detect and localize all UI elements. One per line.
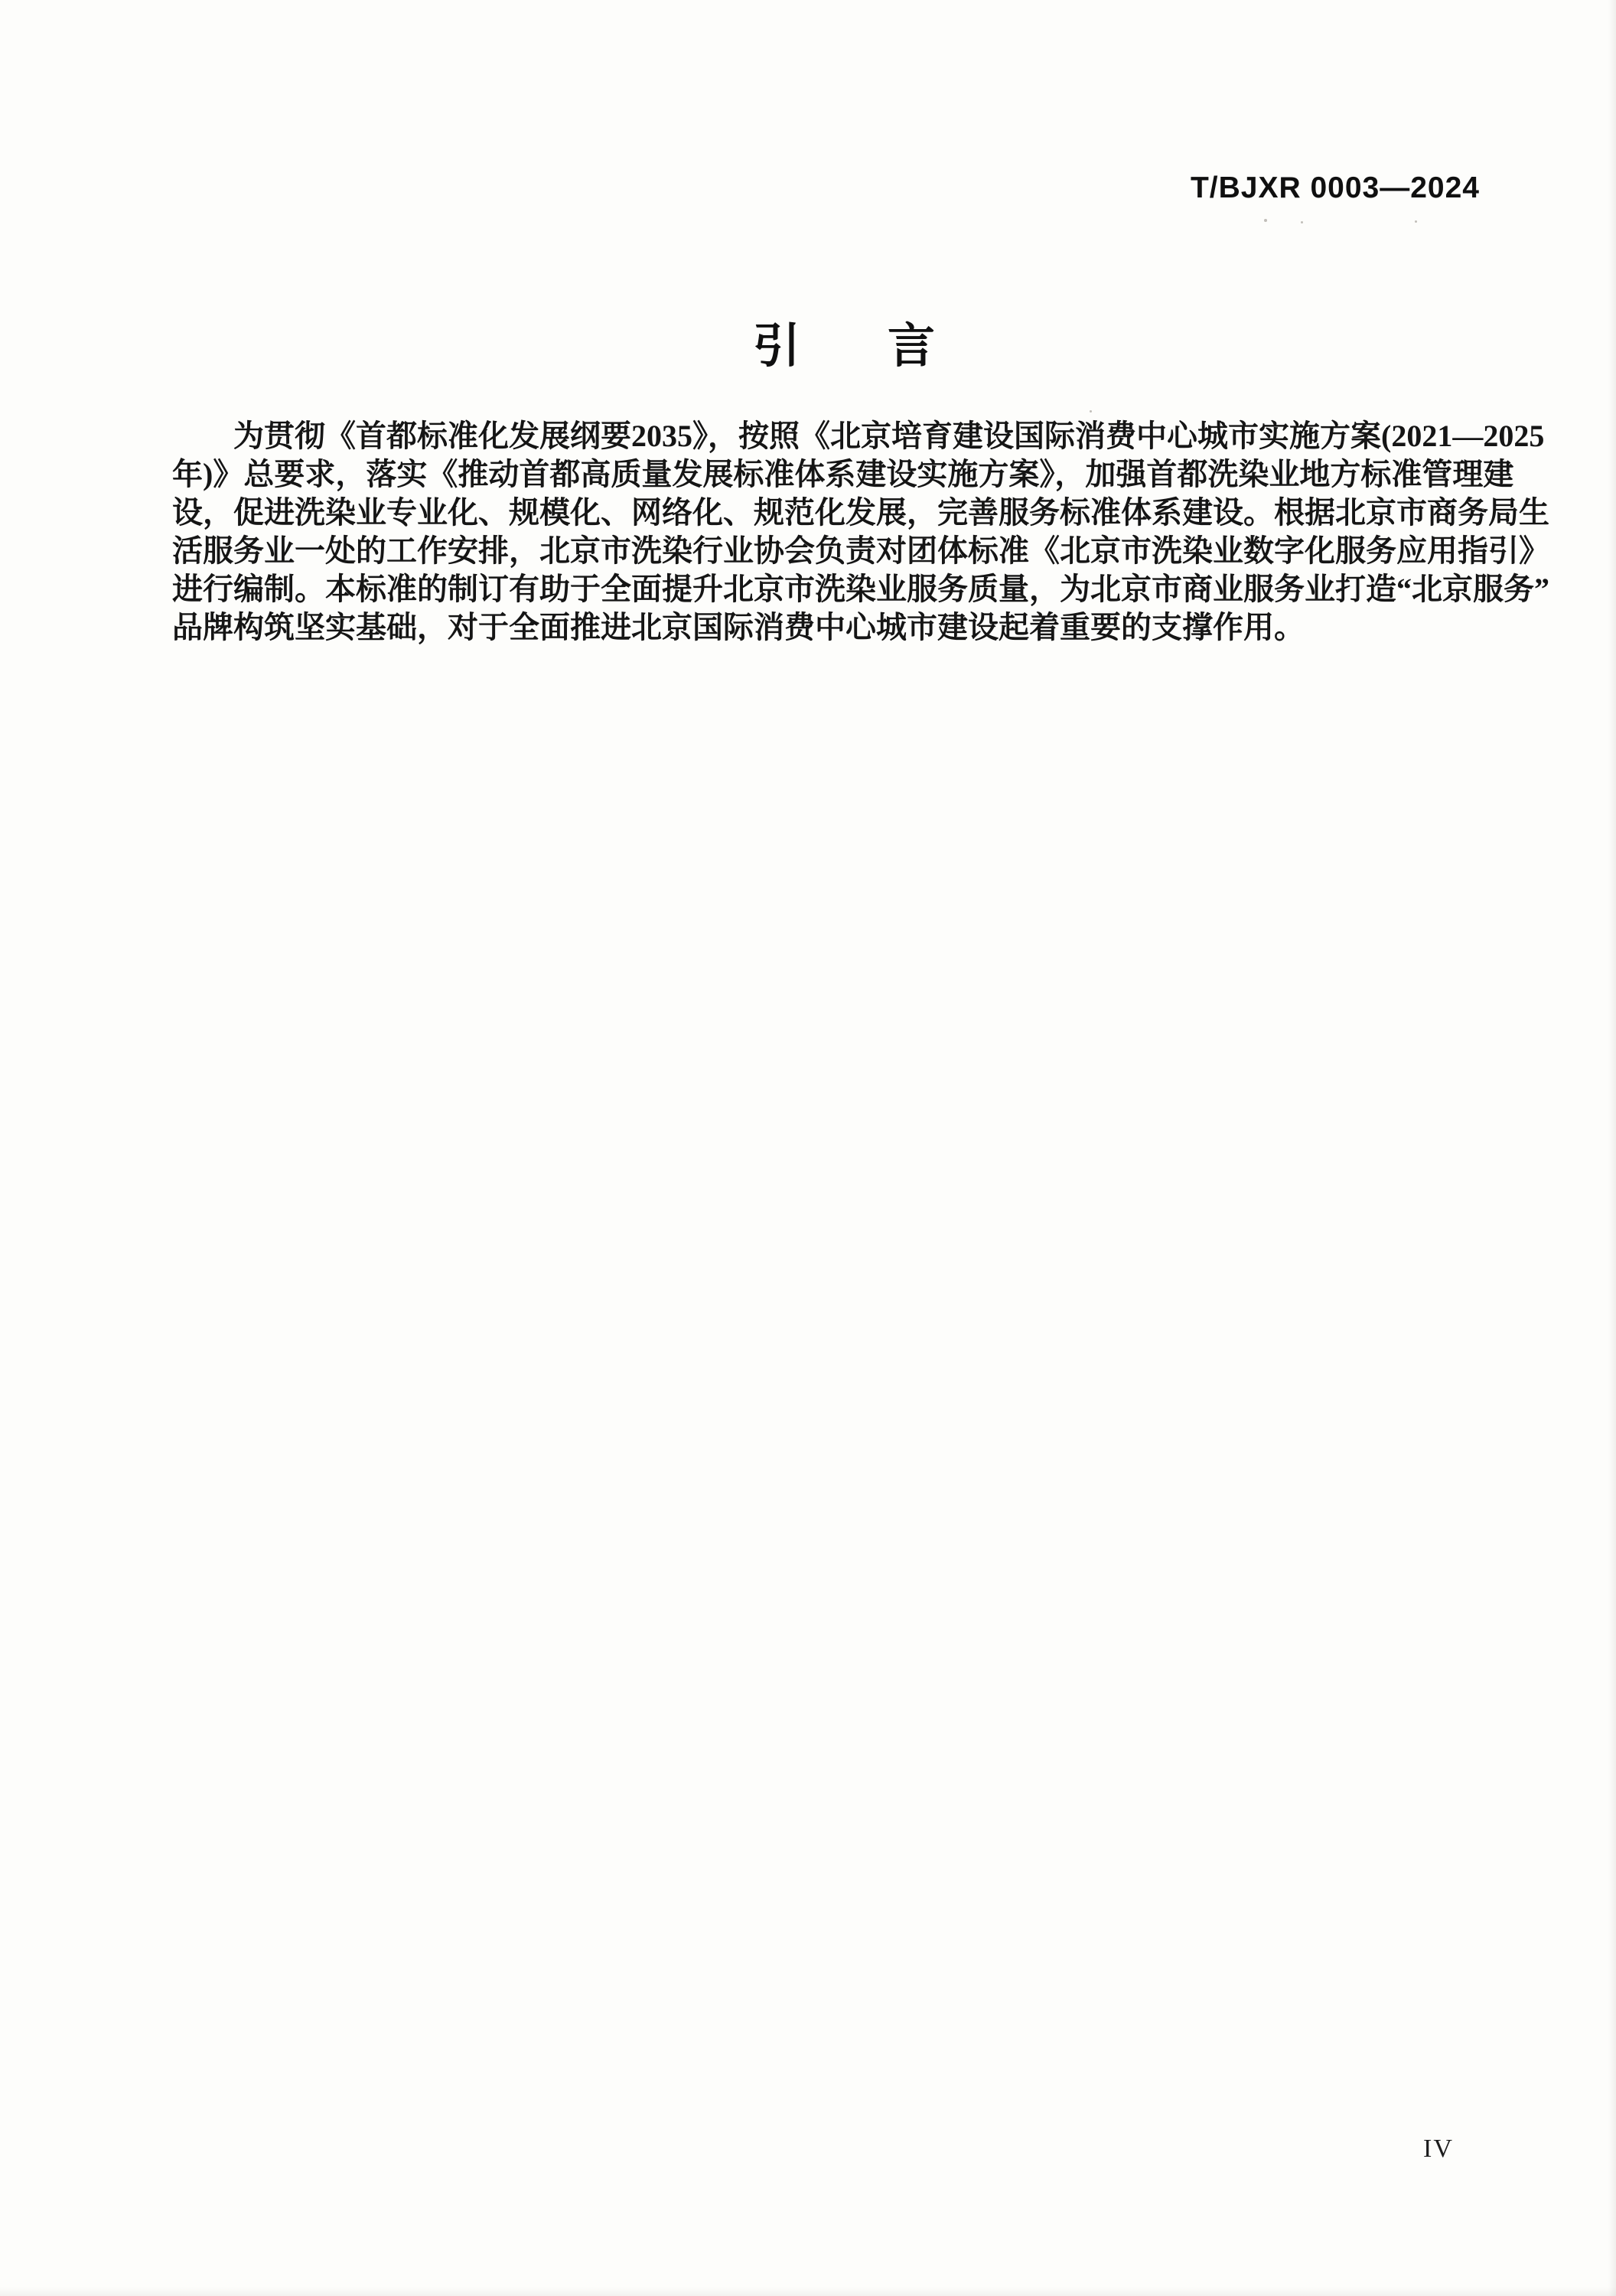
paragraph-line: 年)》总要求，落实《推动首都高质量发展标准体系建设实施方案》，加强首都洗染业地方… <box>172 455 1487 494</box>
scan-speck <box>1301 221 1303 223</box>
scan-edge-shadow <box>1608 0 1616 2296</box>
scan-speck <box>1482 508 1484 510</box>
paragraph-line: 设，促进洗染业专业化、规模化、网络化、规范化发展，完善服务标准体系建设。根据北京… <box>172 494 1487 532</box>
scan-speck <box>1264 219 1267 222</box>
page-number: IV <box>1423 2135 1454 2164</box>
paragraph-line: 为贯彻《首都标准化发展纲要2035》，按照《北京培育建设国际消费中心城市实施方案… <box>172 417 1487 455</box>
page-title: 引 言 <box>0 308 1616 376</box>
paragraph-line: 活服务业一处的工作安排，北京市洗染行业协会负责对团体标准《北京市洗染业数字化服务… <box>172 532 1487 570</box>
introduction-paragraph: 为贯彻《首都标准化发展纲要2035》，按照《北京培育建设国际消费中心城市实施方案… <box>172 417 1487 647</box>
paragraph-line: 品牌构筑坚实基础，对于全面推进北京国际消费中心城市建设起着重要的支撑作用。 <box>172 608 1487 647</box>
scan-speck <box>1415 220 1417 223</box>
scan-speck <box>1090 410 1092 413</box>
document-page: T/BJXR 0003—2024 引 言 为贯彻《首都标准化发展纲要2035》，… <box>0 0 1616 2296</box>
standard-number: T/BJXR 0003—2024 <box>1191 171 1480 205</box>
paragraph-line: 进行编制。本标准的制订有助于全面提升北京市洗染业服务质量，为北京市商业服务业打造… <box>172 570 1487 608</box>
scan-edge-shadow <box>0 2287 1616 2296</box>
